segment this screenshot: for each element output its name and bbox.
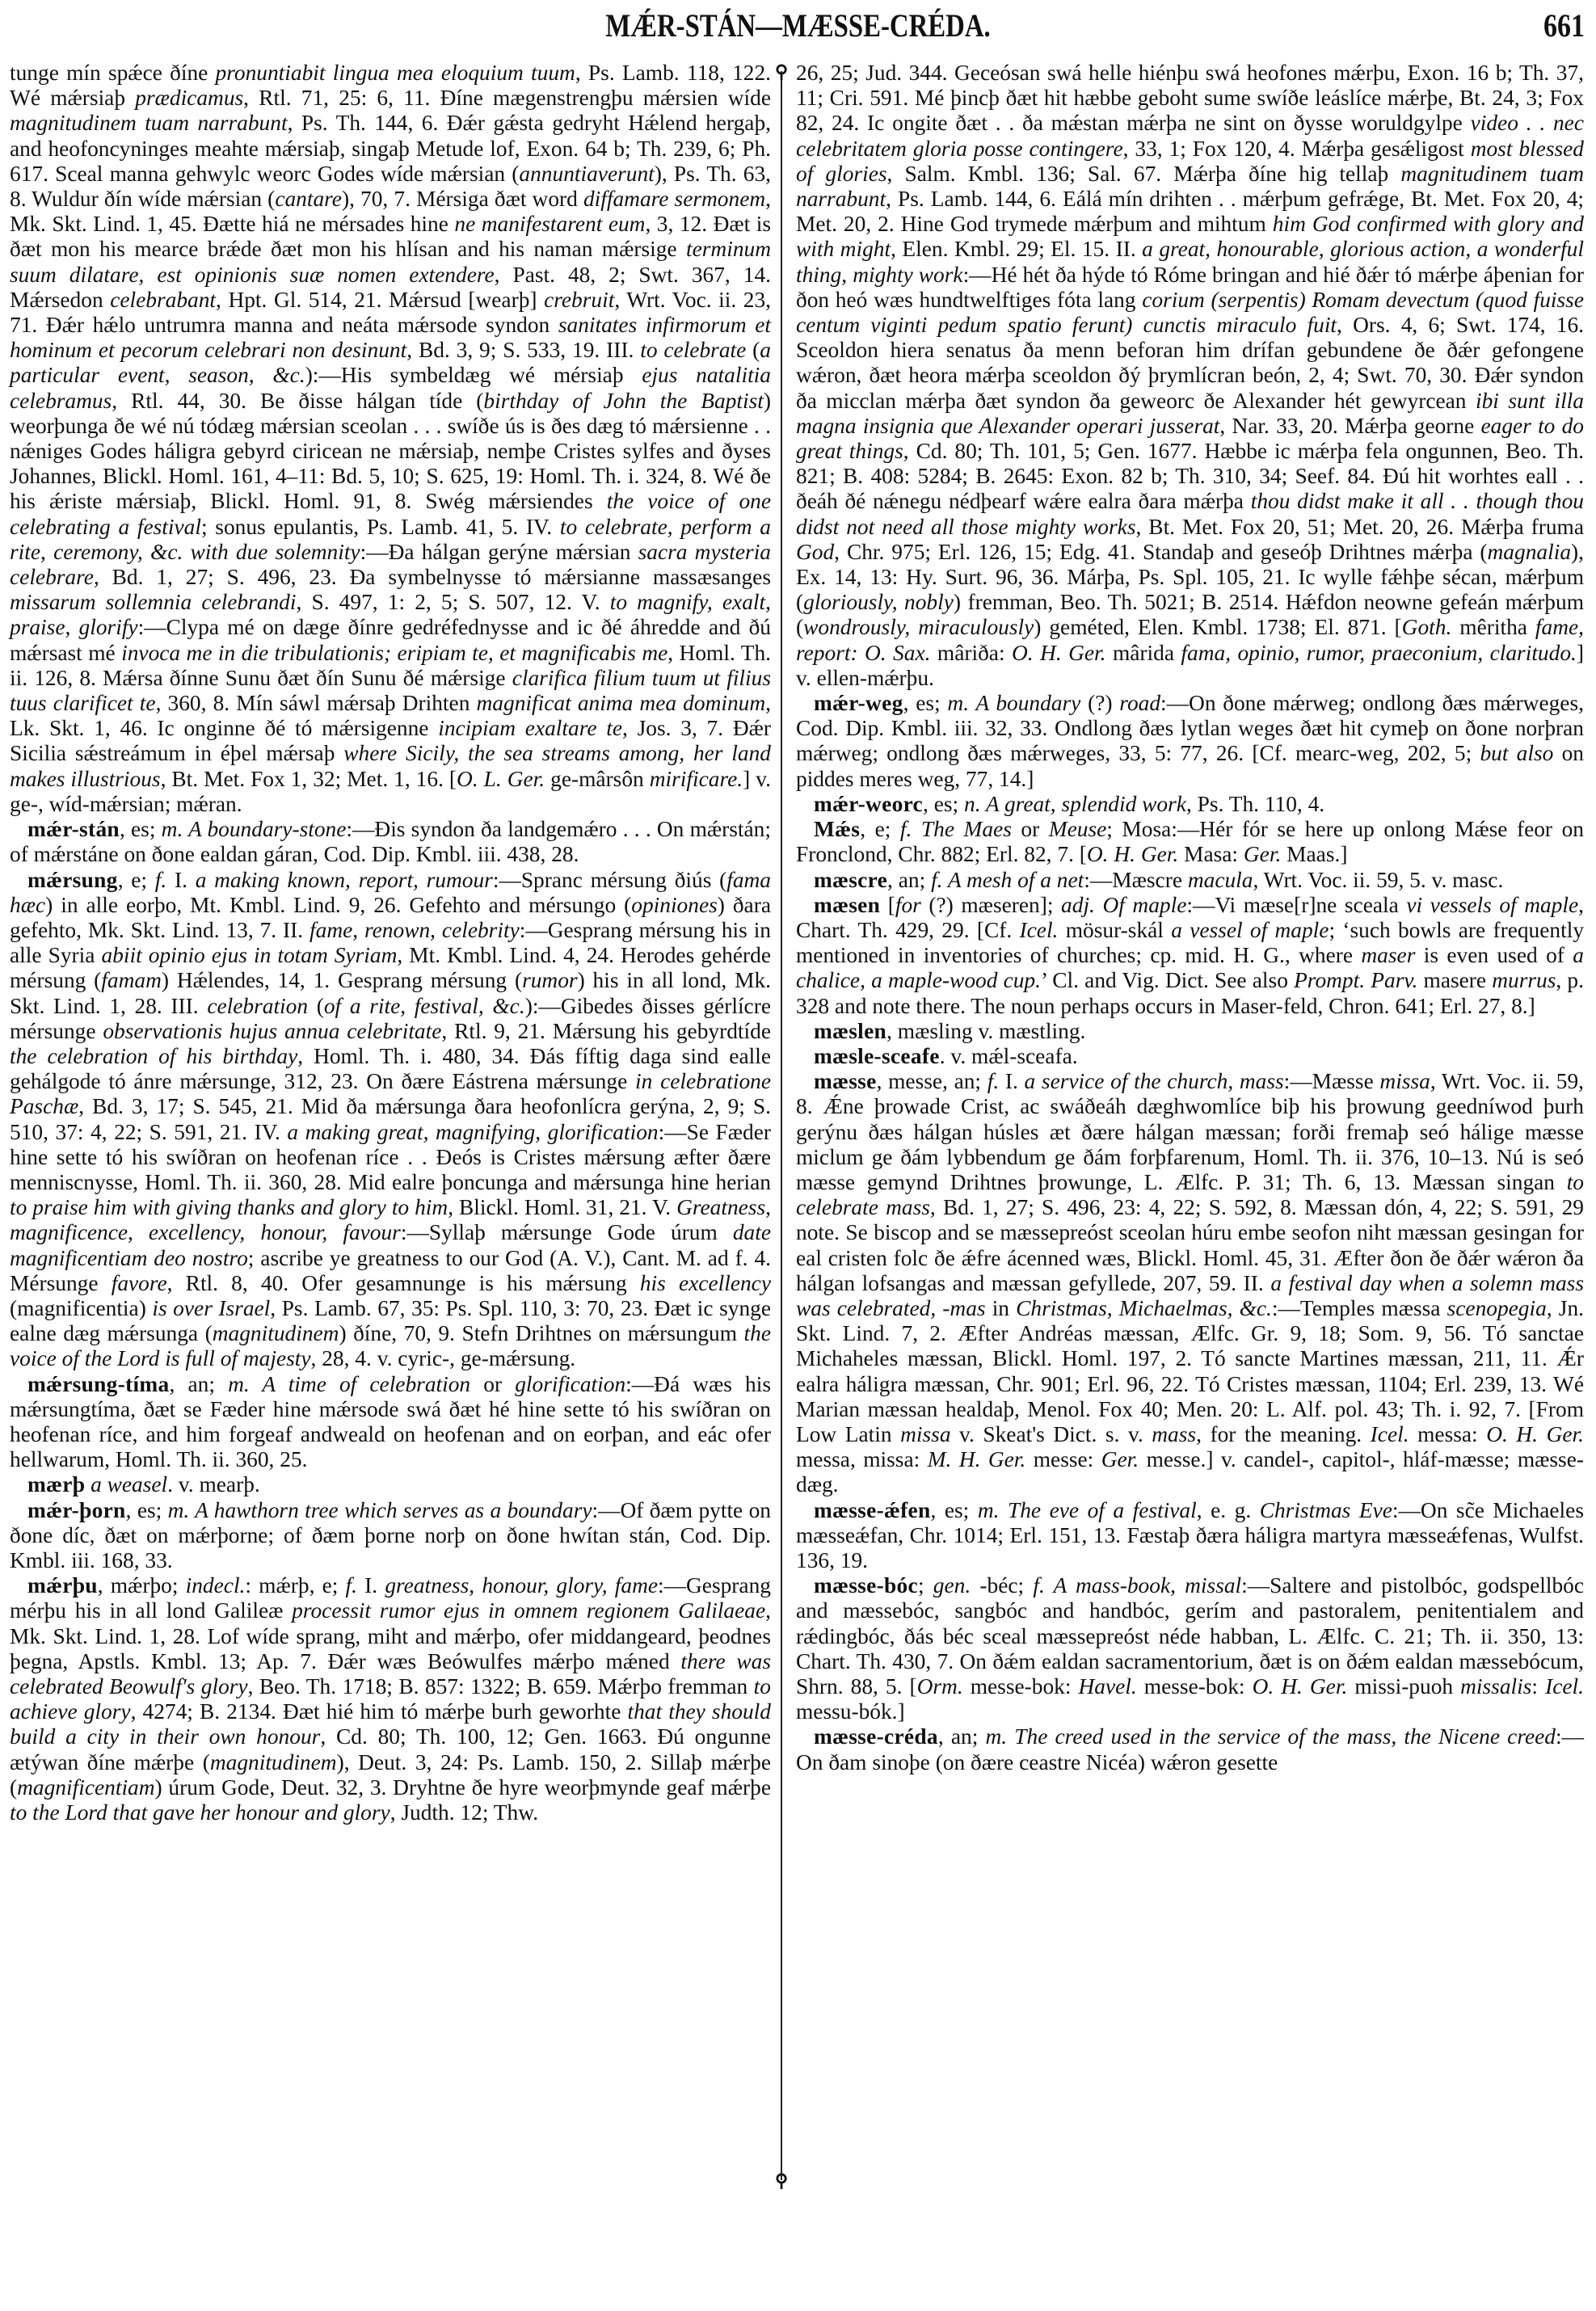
italic-gloss: scenopegia — [1447, 1296, 1547, 1320]
entry-text: , e; — [860, 817, 900, 841]
italic-gloss: pronuntiabit lingua mea eloquium tuum — [216, 61, 575, 85]
dictionary-entry: mǽr-stán, es; m. A boundary-stone:—Ðis s… — [10, 817, 771, 867]
entry-text: , Hpt. Gl. 514, 21. Mǽrsud [wearþ] — [216, 288, 544, 312]
italic-gloss: m. A boundary — [947, 691, 1080, 715]
dictionary-entry: mæscre, an; f. A mesh of a net:—Mæscre m… — [796, 868, 1584, 893]
entry-text: , es; — [923, 792, 964, 816]
entry-text: , an; — [887, 868, 931, 892]
italic-gloss: invoca me in die tribulationis; eripiam … — [121, 641, 667, 665]
italic-gloss: Ger. — [1244, 842, 1281, 866]
italic-gloss: f. — [987, 1069, 999, 1093]
dictionary-entry: mæslen, mæsling v. mæstling. — [796, 1019, 1584, 1044]
entry-text: :—Mæsse — [1284, 1069, 1380, 1093]
entry-text: , 33, 1; Fox 120, 4. Mǽrþa gesǽligost — [1123, 137, 1471, 161]
italic-gloss: m. A time of celebration — [228, 1372, 470, 1396]
entry-text: :—Mæscre — [1084, 868, 1188, 892]
entry-text: or — [470, 1372, 515, 1396]
italic-gloss: maser — [1361, 943, 1415, 967]
entry-text: ’ Cl. and Vig. Dict. See also — [1041, 968, 1294, 992]
italic-gloss: O. L. Ger. — [457, 767, 545, 791]
dictionary-entry: mǽr-weg, es; m. A boundary (?) road:—On … — [796, 691, 1584, 792]
dictionary-entry: mǽrsung-tíma, an; m. A time of celebrati… — [10, 1372, 771, 1473]
italic-gloss: vi vessels of maple — [1406, 893, 1578, 917]
page-number: 661 — [1543, 6, 1585, 44]
italic-gloss: celebrabant — [110, 288, 216, 312]
italic-gloss: abiit opinio ejus in totam Syriam — [101, 943, 397, 967]
italic-gloss: famam — [101, 968, 162, 992]
italic-gloss: his excellency — [640, 1271, 771, 1295]
headword: mǽr-þorn — [27, 1498, 126, 1522]
italic-gloss: Christmas, Michaelmas, &c. — [1016, 1296, 1272, 1320]
dictionary-entry: Mǽs, e; f. The Maes or Meuse; Mosa:—Hér … — [796, 817, 1584, 867]
divider-ornament-top-icon: ⚲ — [773, 63, 790, 81]
entry-text: ) geméted, Elen. Kmbl. 1738; El. 871. [ — [1034, 615, 1401, 639]
italic-gloss: Icel. — [1371, 1422, 1409, 1446]
entry-text: . v. mearþ. — [167, 1472, 260, 1496]
entry-text: , Ps. Th. 110, 4. — [1186, 792, 1324, 816]
entry-text: missi-puoh — [1347, 1674, 1460, 1699]
italic-gloss: incipiam exaltare te — [438, 716, 622, 740]
entry-text: ; — [918, 1573, 933, 1597]
entry-text: ) Hǽlendes, 14, 1. Gesprang mérsung ( — [162, 968, 522, 992]
dictionary-entry: mǽr-þorn, es; m. A hawthorn tree which s… — [10, 1498, 771, 1574]
headword: mǽr-stán — [27, 817, 120, 841]
dictionary-entry: mǽrsung, e; f. I. a making known, report… — [10, 868, 771, 1372]
page-header: MǼR-STÁN—MÆSSE-CRÉDA. 661 — [0, 6, 1596, 52]
italic-gloss: O. H. Ger. — [1486, 1422, 1584, 1446]
italic-gloss: a service of the church, mass — [1025, 1069, 1284, 1093]
left-column: tunge mín spǽce ðíne pronuntiabit lingua… — [10, 61, 771, 1825]
italic-gloss: fame, renown, celebrity — [310, 918, 520, 942]
entry-text: ) ðíne, 70, 9. Stefn Drihtnes on mǽrsung… — [339, 1321, 743, 1345]
headword: mǽrsung — [27, 868, 118, 892]
italic-gloss: gloriously, nobly — [803, 590, 954, 614]
entry-text: 26, 25; Jud. 344. Geceósan swá helle hié… — [796, 61, 1584, 135]
entry-text: mösur-skál — [1058, 918, 1171, 942]
italic-gloss: adj. Of maple — [1061, 893, 1186, 917]
italic-gloss: Icel. — [1545, 1674, 1584, 1699]
entry-text: ) úrum Gode, Deut. 32, 3. Dryhtne ðe hyr… — [155, 1775, 771, 1800]
dictionary-entry: mæsse, messe, an; f. I. a service of the… — [796, 1069, 1584, 1497]
italic-gloss: macula — [1188, 868, 1253, 892]
headword: mærþ — [27, 1472, 85, 1496]
italic-gloss: the celebration of his birthday — [10, 1044, 297, 1068]
italic-gloss: Icel. — [1020, 918, 1059, 942]
entry-text: (?) — [1080, 691, 1119, 715]
entry-text: , an; — [938, 1724, 986, 1749]
entry-text: :—Temples mæssa — [1272, 1296, 1447, 1320]
italic-gloss: m. The creed used in the service of the … — [986, 1724, 1556, 1749]
entry-text: , Judth. 12; Thw. — [390, 1800, 538, 1825]
entry-text: I. — [166, 868, 195, 892]
headword: mæsse — [814, 1069, 877, 1093]
entry-text: :—Syllaþ mǽrsunge Gode úrum — [401, 1220, 733, 1244]
entry-text: , mæsling v. mæstling. — [886, 1019, 1085, 1043]
entry-text: , e. g. — [1197, 1498, 1260, 1522]
italic-gloss: but also — [1480, 741, 1553, 765]
entry-text: , es; — [903, 691, 948, 715]
entry-text: , Blickl. Homl. 31, 21. V. — [448, 1195, 676, 1219]
italic-gloss: cantare — [275, 187, 342, 211]
divider-ornament-bottom-icon: ⚲ — [773, 2172, 790, 2190]
italic-gloss: n. A great, splendid work — [964, 792, 1186, 816]
italic-gloss: rumor — [522, 968, 578, 992]
italic-gloss: f. A mesh of a net — [931, 868, 1084, 892]
italic-gloss: magnificat anima mea dominum — [477, 691, 766, 715]
entry-text: Maas.] — [1281, 842, 1347, 866]
italic-gloss: Orm. — [917, 1674, 963, 1699]
right-column: 26, 25; Jud. 344. Geceósan swá helle hié… — [796, 61, 1584, 1775]
italic-gloss: Havel. — [1079, 1674, 1137, 1699]
headword: mǽr-weorc — [814, 792, 923, 816]
italic-gloss: f. — [346, 1573, 357, 1597]
entry-text: I. — [357, 1573, 385, 1597]
italic-gloss: gen. — [933, 1573, 971, 1597]
italic-gloss: magnitudinem — [210, 1750, 337, 1774]
entry-text: (?) mæseren]; — [921, 893, 1061, 917]
italic-gloss: m. A hawthorn tree which serves as a bou… — [168, 1498, 592, 1522]
dictionary-entry: mǽr-weorc, es; n. A great, splendid work… — [796, 792, 1584, 817]
italic-gloss: observationis hujus annua celebritate — [103, 1019, 441, 1043]
italic-gloss: murrus — [1492, 968, 1556, 992]
italic-gloss: a making great, magnifying, glorificatio… — [287, 1120, 658, 1144]
italic-gloss: to celebrate — [640, 338, 746, 362]
italic-gloss: f. — [155, 868, 166, 892]
dictionary-entry: mæsen [for (?) mæseren]; adj. Of maple:—… — [796, 893, 1584, 1019]
italic-gloss: is over Israel — [152, 1296, 270, 1320]
italic-gloss: processit rumor ejus in omnem regionem G… — [292, 1598, 765, 1623]
entry-text: , Elen. Kmbl. 29; El. 15. II. — [891, 237, 1142, 261]
entry-text: , e; — [118, 868, 155, 892]
italic-gloss: birthday of John the Baptist — [483, 389, 763, 413]
entry-text: , Beo. Th. 1718; B. 857: 1322; B. 659. M… — [248, 1674, 754, 1699]
entry-text: messa: — [1409, 1422, 1487, 1446]
entry-text: ( — [746, 338, 760, 362]
headword: mæsse-bóc — [814, 1573, 918, 1597]
entry-text: , Salm. Kmbl. 136; Sal. 67. Mǽrþa ðíne h… — [887, 162, 1401, 186]
italic-gloss: a making known, report, rumour — [196, 868, 493, 892]
italic-gloss: fama, opinio, rumor, praeconium, claritu… — [1181, 641, 1576, 665]
headword: mæsen — [814, 893, 880, 917]
italic-gloss: M. H. Ger. — [928, 1447, 1026, 1471]
column-divider — [781, 71, 782, 2180]
italic-gloss: for — [895, 893, 921, 917]
italic-gloss: Prompt. Parv. — [1294, 968, 1417, 992]
entry-text: , es; — [126, 1498, 168, 1522]
dictionary-entry: mæsse-bóc; gen. -béc; f. A mass-book, mi… — [796, 1573, 1584, 1724]
entry-text: is even used of — [1415, 943, 1573, 967]
italic-gloss: prædicamus — [135, 86, 243, 110]
italic-gloss: a vessel of maple — [1171, 918, 1329, 942]
italic-gloss: to the Lord that gave her honour and glo… — [10, 1800, 390, 1825]
entry-text: , Rtl. 71, 25: 6, 11. Ðíne mægenstrengþu… — [243, 86, 771, 110]
dictionary-entry: mæsse-créda, an; m. The creed used in th… — [796, 1724, 1584, 1774]
running-title: MǼR-STÁN—MÆSSE-CRÉDA. — [144, 6, 1453, 44]
italic-gloss: magnificentiam — [17, 1775, 154, 1800]
italic-gloss: favore — [112, 1271, 167, 1295]
entry-text: , Rtl. 8, 40. Ofer gesamnunge is his mǽr… — [167, 1271, 640, 1295]
entry-text: ), 70, 7. Mérsiga ðæt word — [342, 187, 583, 211]
italic-gloss: O. H. Ger. — [1253, 1674, 1348, 1699]
entry-text: :—Ða hálgan gerýne mǽrsian — [360, 540, 638, 564]
italic-gloss: missa — [1379, 1069, 1430, 1093]
italic-gloss: m. A boundary-stone — [162, 817, 347, 841]
entry-text: :—Spranc mérsung ðiús ( — [493, 868, 726, 892]
entry-text: v. Skeat's Dict. s. v. — [951, 1422, 1152, 1446]
entry-text: masere — [1417, 968, 1492, 992]
headword: mæscre — [814, 868, 887, 892]
dictionary-entry: mæsle-sceafe. v. mǽl-sceafa. — [796, 1044, 1584, 1069]
entry-text: , S. 497, 1: 2, 5; S. 507, 12. V. — [296, 590, 609, 614]
entry-text: (magnificentia) — [10, 1296, 152, 1320]
italic-gloss: diffamare sermonem — [583, 187, 765, 211]
dictionary-entry: mǽrþu, mǽrþo; indecl.: mǽrþ, e; f. I. gr… — [10, 1573, 771, 1825]
italic-gloss: Meuse — [1049, 817, 1107, 841]
entry-text: , an; — [170, 1372, 229, 1396]
entry-text: messe-bok: — [1137, 1674, 1253, 1699]
italic-gloss: magnitudinem — [213, 1321, 339, 1345]
italic-gloss: Goth. — [1402, 615, 1452, 639]
italic-gloss: wondrously, miraculously — [803, 615, 1034, 639]
entry-text: mêritha — [1451, 615, 1535, 639]
italic-gloss: annuntiaverunt — [519, 162, 654, 186]
italic-gloss: opiniones — [631, 893, 718, 917]
headword: mæsle-sceafe — [814, 1044, 940, 1068]
entry-text: mârida — [1106, 641, 1181, 665]
headword: mæsse-créda — [814, 1724, 938, 1749]
italic-gloss: crebruit — [544, 288, 614, 312]
italic-gloss: to praise him with giving thanks and glo… — [10, 1195, 448, 1219]
italic-gloss: mass — [1152, 1422, 1196, 1446]
entry-text: . v. mǽl-sceafa. — [940, 1044, 1078, 1068]
entry-text: : — [1531, 1674, 1545, 1699]
headword: mǽrþu — [27, 1573, 98, 1597]
italic-gloss: magnalia — [1488, 540, 1571, 564]
entry-text: [ — [880, 893, 895, 917]
italic-gloss: God — [796, 540, 834, 564]
italic-gloss: Christmas Eve — [1260, 1498, 1392, 1522]
entry-text: Masa: — [1178, 842, 1244, 866]
italic-gloss: O. H. Ger. — [1087, 842, 1178, 866]
entry-text: , Chr. 975; Erl. 126, 15; Edg. 41. Stand… — [834, 540, 1487, 564]
italic-gloss: celebration — [207, 994, 308, 1018]
entry-text: ; sonus epulantis, Ps. Lamb. 41, 5. IV. — [201, 515, 560, 539]
italic-gloss: ne manifestarent eum — [454, 212, 645, 236]
entry-continuation: tunge mín spǽce ðíne pronuntiabit lingua… — [10, 61, 771, 817]
italic-gloss: glorification — [515, 1372, 625, 1396]
italic-gloss: indecl. — [186, 1573, 246, 1597]
entry-text: , Bt. Met. Fox 20, 51; Met. 20, 26. Mǽrþ… — [1135, 515, 1584, 539]
entry-text: ):—His symbeldæg wé mérsiaþ — [305, 363, 642, 387]
italic-gloss: Ger. — [1101, 1447, 1139, 1471]
italic-gloss: missa — [900, 1422, 950, 1446]
headword: mǽrsung-tíma — [27, 1372, 170, 1396]
italic-gloss: f. The Maes — [900, 817, 1012, 841]
entry-text: , Bt. Met. Fox 1, 32; Met. 1, 16. [ — [161, 767, 457, 791]
italic-gloss: mirificare. — [650, 767, 743, 791]
italic-gloss: greatness, honour, glory, fame — [385, 1573, 658, 1597]
entry-text: ( — [308, 994, 324, 1018]
entry-text: , messe, an; — [877, 1069, 987, 1093]
entry-continuation: 26, 25; Jud. 344. Geceósan swá helle hié… — [796, 61, 1584, 691]
entry-text: messe: — [1025, 1447, 1101, 1471]
entry-text: , Wrt. Voc. ii. 59, 5. v. masc. — [1253, 868, 1503, 892]
entry-text: messu-bók.] — [796, 1699, 905, 1724]
dictionary-entry: mærþ a weasel. v. mearþ. — [10, 1472, 771, 1497]
italic-gloss: magnitudinem tuam narrabunt — [10, 111, 288, 135]
entry-text: , 360, 8. Mín sáwl mǽrsaþ Drihten — [156, 691, 477, 715]
headword: mǽr-weg — [814, 691, 903, 715]
entry-text: I. — [999, 1069, 1024, 1093]
entry-text: or — [1012, 817, 1049, 841]
entry-text: , es; — [120, 817, 162, 841]
entry-text: , for the meaning. — [1196, 1422, 1371, 1446]
entry-text: in — [986, 1296, 1017, 1320]
entry-text: , Nar. 33, 20. Mǽrþa georne — [1219, 414, 1480, 438]
entry-text: ge-mârsôn — [545, 767, 650, 791]
entry-text: :—Vi mæse[r]ne sceala — [1186, 893, 1406, 917]
entry-text: , Bd. 3, 9; S. 533, 19. III. — [406, 338, 640, 362]
entry-text: messa, missa: — [796, 1447, 928, 1471]
italic-gloss: a weasel — [91, 1472, 167, 1496]
entry-text: , 28, 4. v. cyric-, ge-mǽrsung. — [311, 1346, 576, 1370]
italic-gloss: O. H. Ger. — [1012, 641, 1106, 665]
entry-text: -béc; — [971, 1573, 1033, 1597]
entry-text: , Rtl. 9, 21. Mǽrsung his gebyrdtíde — [441, 1019, 771, 1043]
entry-text: ) in alle eorþo, Mt. Kmbl. Lind. 9, 26. … — [45, 893, 631, 917]
entry-text: , 4274; B. 2134. Ðæt hié him tó mǽrþe bu… — [131, 1699, 628, 1724]
headword: mæslen — [814, 1019, 886, 1043]
italic-gloss: of a rite, festival, &c. — [324, 994, 525, 1018]
entry-text: , es; — [931, 1498, 978, 1522]
italic-gloss: m. The eve of a festival — [978, 1498, 1197, 1522]
entry-text: , Bd. 1, 27; S. 496, 23. Ða symbelnysse … — [94, 565, 771, 589]
entry-text: , mǽrþo; — [98, 1573, 186, 1597]
dictionary-entry: mæsse-ǽfen, es; m. The eve of a festival… — [796, 1498, 1584, 1574]
headword: Mǽs — [814, 817, 860, 841]
italic-gloss: missarum sollemnia celebrandi — [10, 590, 296, 614]
entry-text: , Rtl. 44, 30. Be ðisse hálgan tíde ( — [112, 389, 483, 413]
italic-gloss: f. A mass-book, missal — [1033, 1573, 1241, 1597]
entry-text: mâriða: — [930, 641, 1012, 665]
headword: mæsse-ǽfen — [814, 1498, 931, 1522]
entry-text: : mǽrþ, e; — [245, 1573, 345, 1597]
entry-text: messe-bok: — [963, 1674, 1079, 1699]
entry-text: tunge mín spǽce ðíne — [10, 61, 216, 85]
italic-gloss: missalis — [1460, 1674, 1531, 1699]
italic-gloss: road — [1119, 691, 1160, 715]
